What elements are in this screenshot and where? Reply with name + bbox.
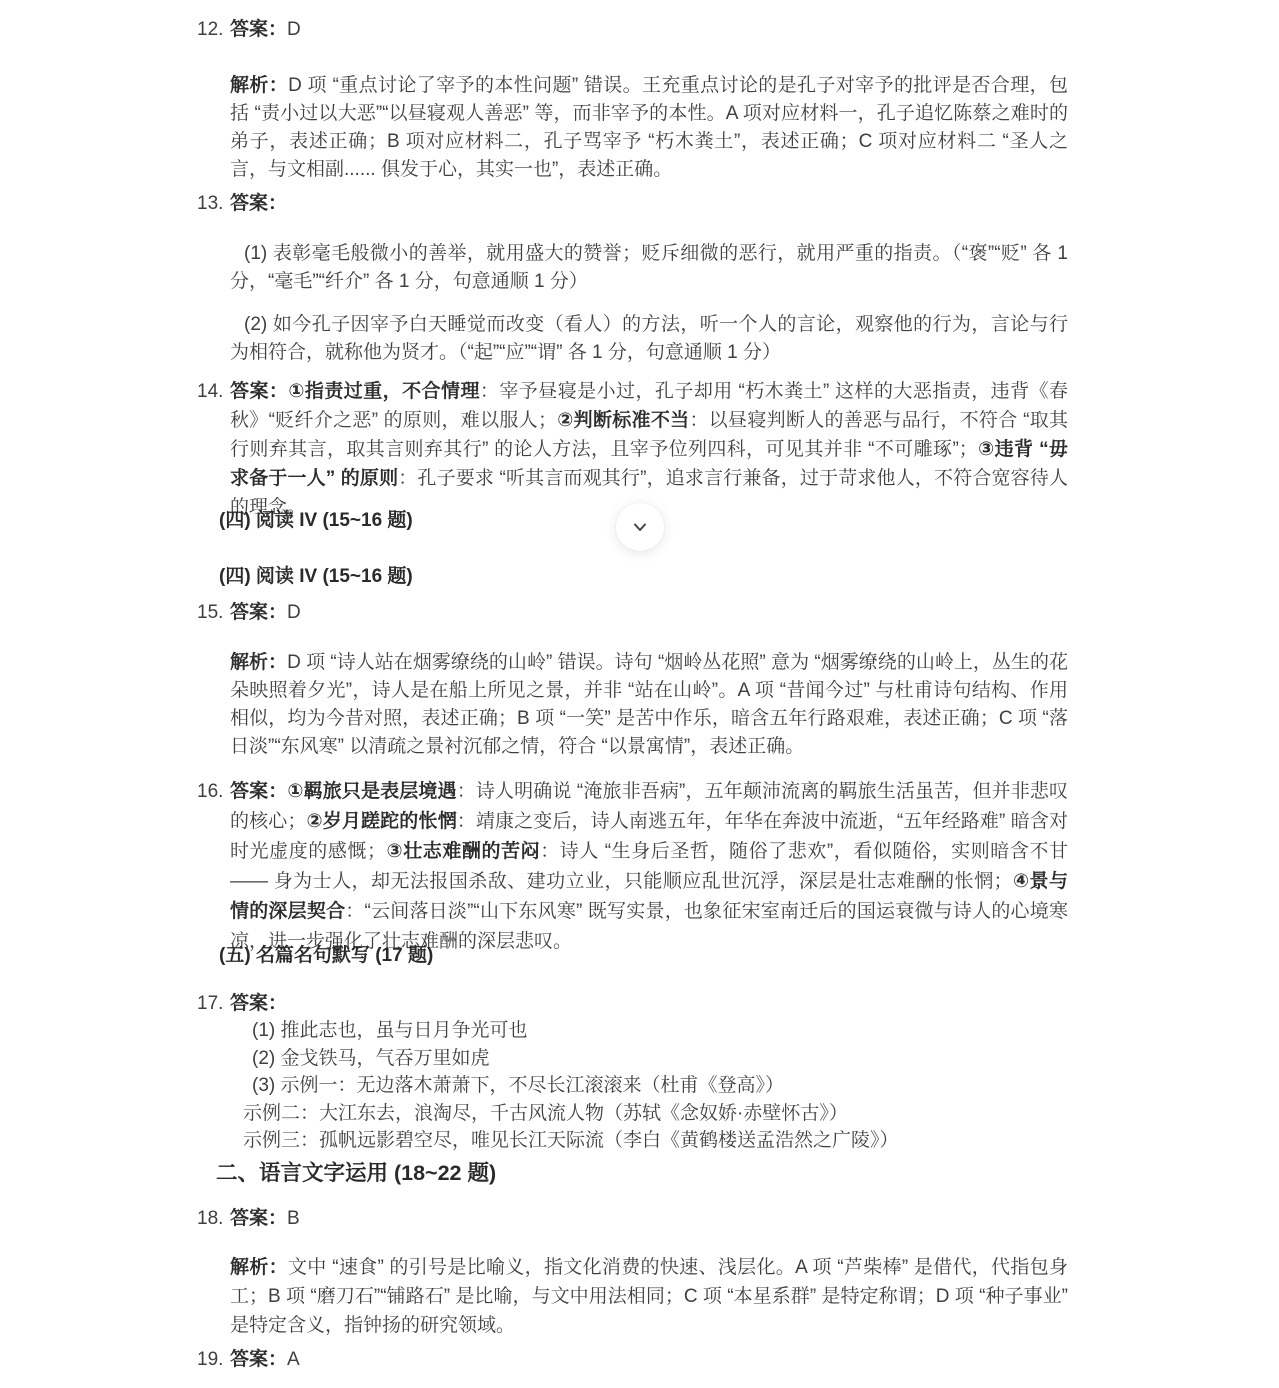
question-number-17: 17. — [197, 990, 223, 1018]
answer-value-15: D — [287, 602, 301, 623]
recitation-line-1: (1) 推此志也，虽与日月争光可也 — [230, 1017, 1068, 1045]
answer-line-12: 12.答案：D — [230, 16, 1068, 44]
analysis-paragraph-18: 解析：文中 “速食” 的引号是比喻义，指文化消费的快速、浅层化。A 项 “芦柴棒… — [230, 1253, 1068, 1340]
recitation-line-3: (3) 示例一：无边落木萧萧下，不尽长江滚滚来（杜甫《登高》） — [230, 1072, 1068, 1100]
answer-label: 答案： — [230, 993, 287, 1014]
answer-value-18: B — [287, 1208, 300, 1229]
question-number-18: 18. — [197, 1205, 223, 1233]
answer-value-12: D — [287, 19, 301, 40]
text-segment: ③壮志难酬的苦闷 — [386, 841, 540, 862]
answer-rich-text-14: ①指责过重，不合情理：宰予昼寝是小过，孔子却用 “朽木粪土” 这样的大恶指责，违… — [230, 381, 1068, 518]
answer-text-13-1: (1) 表彰毫毛般微小的善举，就用盛大的赞誉；贬斥细微的恶行，就用严重的指责。（… — [230, 243, 1068, 292]
expand-button[interactable] — [616, 503, 664, 551]
answer-label: 答案： — [230, 1349, 287, 1370]
answer-line-18: 18.答案：B — [230, 1205, 1068, 1233]
section-heading-reading-iv-bottom: (四) 阅读 IV (15~16 题) — [219, 561, 413, 588]
section-heading-yuyan-wenzi: 二、语言文字运用 (18~22 题) — [216, 1156, 496, 1187]
recitation-answers-17: (1) 推此志也，虽与日月争光可也 (2) 金戈铁马，气吞万里如虎 (3) 示例… — [230, 1017, 1068, 1155]
answer-rich-text-16: ①羁旅只是表层境遇：诗人明确说 “淹旅非吾病”，五年颠沛流离的羁旅生活虽苦，但并… — [230, 781, 1068, 952]
analysis-text-15: D 项 “诗人站在烟雾缭绕的山岭” 错误。诗句 “烟岭丛花照” 意为 “烟雾缭绕… — [230, 652, 1068, 757]
analysis-text-12: D 项 “重点讨论了宰予的本性问题” 错误。王充重点讨论的是孔子对宰予的批评是否… — [230, 75, 1068, 180]
analysis-paragraph-12: 解析：D 项 “重点讨论了宰予的本性问题” 错误。王充重点讨论的是孔子对宰予的批… — [230, 72, 1068, 184]
text-segment: ①指责过重，不合情理 — [288, 381, 480, 402]
answer-paragraph-13-1: (1) 表彰毫毛般微小的善举，就用盛大的赞誉；贬斥细微的恶行，就用严重的指责。（… — [230, 240, 1068, 296]
question-number-13: 13. — [197, 190, 223, 218]
recitation-line-5: 示例三：孤帆远影碧空尽，唯见长江天际流（李白《黄鹤楼送孟浩然之广陵》） — [230, 1127, 1068, 1155]
answer-paragraph-16: 16.答案：①羁旅只是表层境遇：诗人明确说 “淹旅非吾病”，五年颠沛流离的羁旅生… — [230, 777, 1068, 957]
question-number-15: 15. — [197, 599, 223, 627]
analysis-label: 解析： — [230, 652, 287, 673]
chevron-down-icon — [629, 516, 651, 538]
answer-paragraph-13-2: (2) 如今孔子因宰予白天睡觉而改变（看人）的方法，听一个人的言论，观察他的行为… — [230, 311, 1068, 367]
question-number-16: 16. — [197, 777, 223, 807]
answer-line-19: 19.答案：A — [230, 1346, 1068, 1374]
recitation-line-2: (2) 金戈铁马，气吞万里如虎 — [230, 1045, 1068, 1073]
answer-line-13: 13.答案： — [230, 190, 1068, 218]
section-heading-reading-iv-top: (四) 阅读 IV (15~16 题) — [219, 505, 413, 532]
answer-text-13-2: (2) 如今孔子因宰予白天睡觉而改变（看人）的方法，听一个人的言论，观察他的行为… — [230, 314, 1068, 363]
section-heading-mopian-moxie: (五) 名篇名句默写 (17 题) — [219, 940, 433, 967]
answer-value-19: A — [287, 1349, 300, 1370]
analysis-text-18: 文中 “速食” 的引号是比喻义，指文化消费的快速、浅层化。A 项 “芦柴棒” 是… — [230, 1257, 1068, 1336]
answer-label: 答案： — [230, 193, 287, 214]
text-segment: ①羁旅只是表层境遇 — [287, 781, 456, 802]
analysis-label: 解析： — [230, 75, 288, 96]
analysis-paragraph-15: 解析：D 项 “诗人站在烟雾缭绕的山岭” 错误。诗句 “烟岭丛花照” 意为 “烟… — [230, 649, 1068, 761]
question-number-14: 14. — [197, 377, 223, 406]
answer-label: 答案： — [230, 19, 287, 40]
answer-label: 答案： — [230, 1208, 287, 1229]
answer-label: 答案： — [230, 781, 287, 802]
recitation-line-4: 示例二：大江东去，浪淘尽，千古风流人物（苏轼《念奴娇·赤壁怀古》） — [230, 1100, 1068, 1128]
text-segment: ②判断标准不当 — [557, 410, 689, 431]
text-segment: ②岁月蹉跎的怅惘 — [306, 811, 456, 832]
question-number-12: 12. — [197, 16, 223, 44]
analysis-label: 解析： — [230, 1257, 288, 1278]
answer-line-15: 15.答案：D — [230, 599, 1068, 627]
question-number-19: 19. — [197, 1346, 223, 1374]
answer-paragraph-14: 14.答案：①指责过重，不合情理：宰予昼寝是小过，孔子却用 “朽木粪土” 这样的… — [230, 377, 1068, 522]
answer-label: 答案： — [230, 381, 288, 402]
answer-label: 答案： — [230, 602, 287, 623]
answer-line-17: 17.答案： — [230, 990, 1068, 1018]
answer-sheet-page: 12.答案：D 解析：D 项 “重点讨论了宰予的本性问题” 错误。王充重点讨论的… — [0, 0, 1279, 1388]
